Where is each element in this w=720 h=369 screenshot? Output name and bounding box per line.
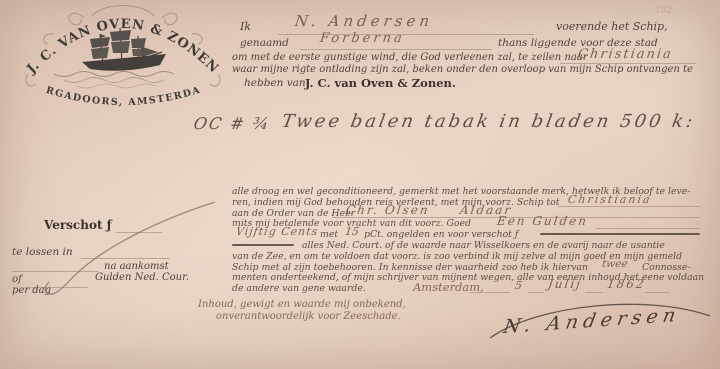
captain-name-handwritten: N. Andersen: [294, 12, 435, 30]
cargo-description-handwritten: Twee balen tabak in bladen 500 k:: [280, 111, 697, 132]
margin-nil-flourish: [15, 196, 225, 296]
company-logo: J. C. VAN OVEN & ZONEN: [14, 4, 232, 114]
disclaimer-line2: onverantwoordelijk voor Zeeschade.: [216, 311, 401, 322]
blank-underline: [528, 292, 544, 293]
dateline-year-handwritten: 1862: [606, 277, 647, 291]
bill-of-lading-document: 152. J. C. VAN OVEN & ZONEN: [0, 0, 720, 369]
opening-voerende: voerende het Schip,: [556, 20, 668, 33]
disclaimer-line1: Inhoud, gewigt en waarde mij onbekend,: [198, 299, 406, 310]
blank-underline: [300, 49, 492, 50]
blank-underline: [278, 34, 534, 35]
dateline-day-handwritten: 5: [514, 279, 523, 292]
handwritten-strike: [232, 244, 294, 246]
blank-underline: [596, 228, 700, 229]
opening-genaamd: genaamd: [240, 37, 289, 49]
water-waves: [54, 72, 174, 89]
conditions-line5-rest: pCt. ongelden en voor verschot ƒ: [364, 229, 518, 240]
firm-name-bold: J. C. van Oven & Zonen.: [305, 76, 456, 90]
blank-underline: [585, 292, 603, 293]
freight-amount-handwritten: Een Gulden: [496, 214, 589, 228]
copies-count-handwritten: twee: [601, 258, 628, 270]
opening-ontlading-line: waar mijne rigte ontlading zijn zal, bek…: [232, 64, 693, 75]
opening-wind-line: om met de eerste gunstige wind, die God …: [232, 52, 588, 63]
conditions-line6: alles Ned. Court. of de waarde naar Wiss…: [302, 240, 665, 251]
destination-handwritten: Christiania: [577, 47, 674, 62]
blank-underline: [558, 206, 700, 207]
consignee-name-handwritten: Chr. Olsen: [345, 203, 431, 217]
blank-underline: [470, 292, 510, 293]
handwritten-strike: [540, 233, 700, 235]
corner-annotation: 152.: [655, 6, 675, 16]
opening-ik: Ik: [240, 20, 251, 33]
cargo-mark-handwritten: OC # ¾: [192, 114, 272, 133]
ship-name-handwritten: Forberna: [319, 31, 406, 46]
opening-hebben-van: hebben van: [244, 77, 306, 89]
freight-cents-handwritten: Vijftig Cents: [235, 225, 319, 238]
blank-underline: [645, 292, 669, 293]
conditions-line10: de andere van gene waarde.: [232, 283, 366, 294]
conditions-line5-met: met: [320, 229, 338, 240]
dateline-month-handwritten: Julij: [547, 277, 583, 291]
conditions-destination-handwritten: Christiania: [567, 193, 652, 206]
percentage-handwritten: 15: [344, 225, 360, 238]
